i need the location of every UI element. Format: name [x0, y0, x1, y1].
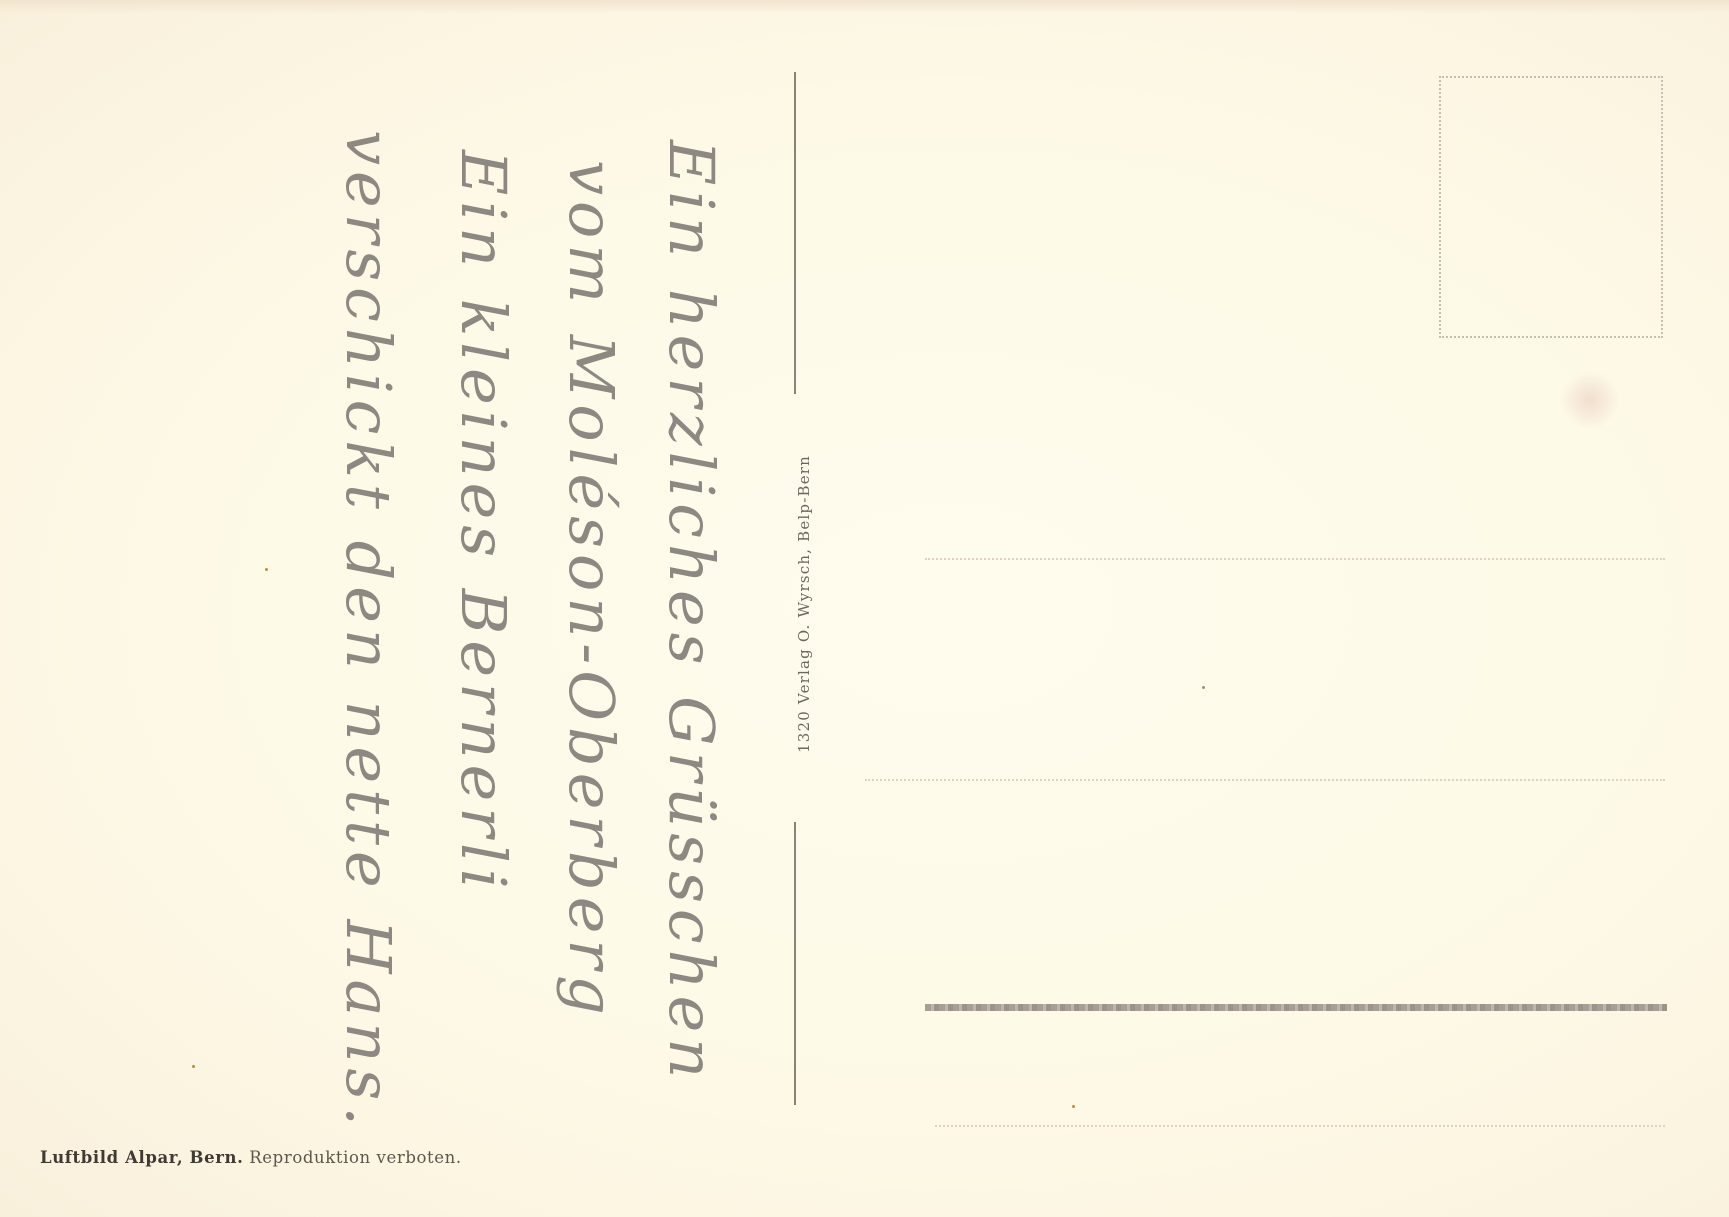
stamp-placeholder-box	[1439, 76, 1663, 338]
handwritten-line-4: verschickt den nette Hans.	[332, 130, 405, 1132]
handwritten-line-1: Ein herzliches Grüsschen	[655, 140, 728, 1084]
center-divider-lower	[794, 822, 796, 1105]
paper-speck	[192, 1065, 195, 1068]
paper-speck	[265, 568, 268, 571]
address-line-3-bold	[925, 1004, 1667, 1011]
paper-speck	[1072, 1105, 1075, 1108]
stain-mark	[1560, 370, 1620, 430]
address-line-2	[865, 779, 1665, 781]
handwritten-line-3: Ein kleines Bernerli	[447, 150, 520, 895]
handwritten-line-2: vom Moléson-Oberberg	[555, 160, 628, 1021]
address-line-4	[935, 1125, 1665, 1127]
photo-credit: Luftbild Alpar, Bern. Reproduktion verbo…	[40, 1148, 462, 1167]
photo-credit-rest: Reproduktion verboten.	[243, 1148, 461, 1167]
center-divider-upper	[794, 72, 796, 394]
address-line-1	[925, 558, 1665, 560]
paper-speck	[1202, 686, 1205, 689]
publisher-imprint: 1320 Verlag O. Wyrsch, Belp-Bern	[795, 455, 813, 753]
photo-credit-bold: Luftbild Alpar, Bern.	[40, 1148, 243, 1167]
postcard-back: Ein herzliches Grüsschen vom Moléson-Obe…	[0, 0, 1729, 1217]
worn-top-edge	[0, 0, 1729, 14]
